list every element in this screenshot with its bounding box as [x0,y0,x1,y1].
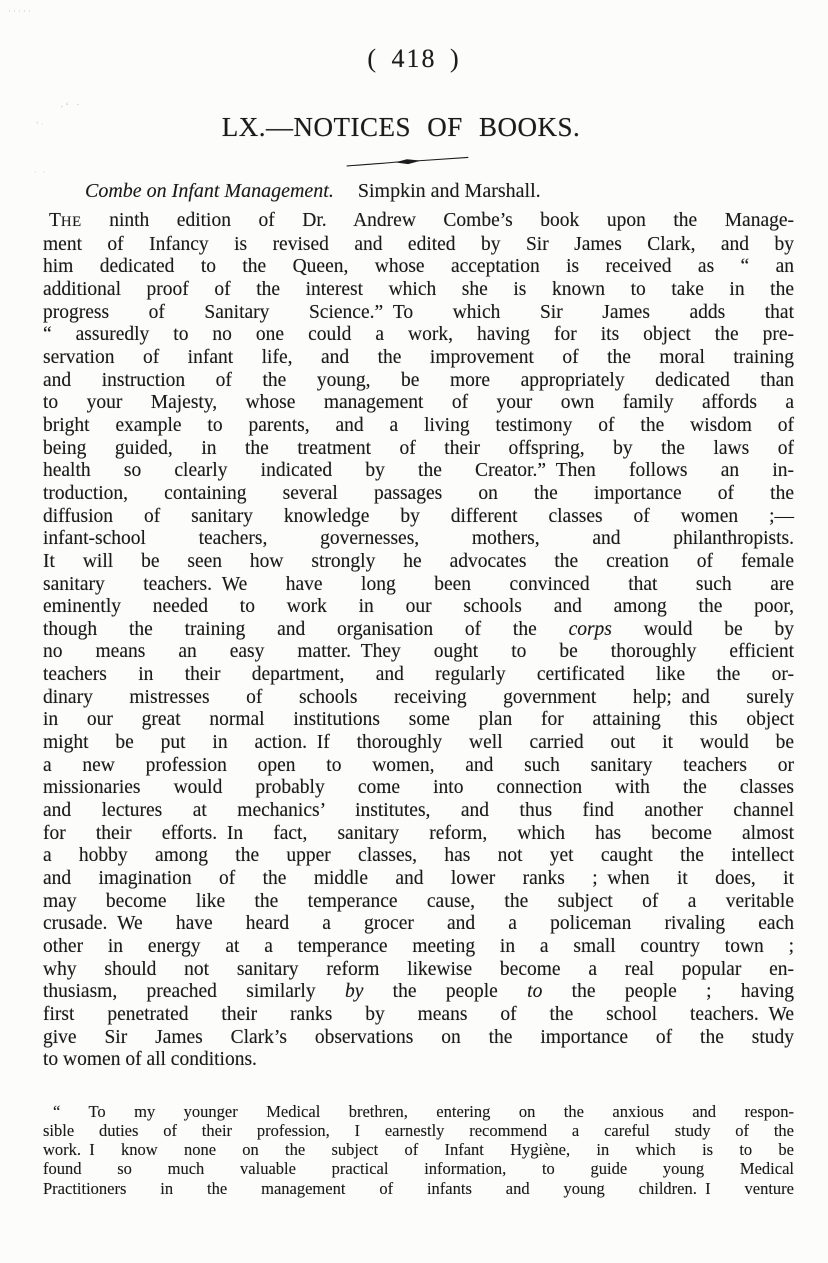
text-line: “ To my younger Medical brethren, enteri… [43,1102,794,1121]
text-line: “ assuredly to no one could a work, havi… [43,324,794,347]
text-line: and instruction of the young, be more ap… [43,370,794,393]
text-line: a new profession open to women, and such… [43,755,794,778]
text-line: eminently needed to work in our schools … [43,596,794,619]
section-heading: LX.—NOTICES OF BOOKS. [0,112,815,143]
text-line: to women of all conditions. [43,1049,794,1072]
text-line: first penetrated their ranks by means of… [43,1004,794,1027]
text-line: diffusion of sanitary knowledge by diffe… [43,506,794,529]
text-line: sanitary teachers. We have long been con… [43,574,794,597]
text-line: sible duties of their profession, I earn… [43,1121,794,1140]
scan-artifact: ····· [8,6,33,16]
text-line: infant-school teachers, governesses, mot… [43,528,794,551]
page-number: ( 418 ) [0,44,828,74]
text-line: THE ninth edition of Dr. Andrew Combe’s … [43,210,794,234]
text-line: ment of Infancy is revised and edited by… [43,234,794,257]
text-line: servation of infant life, and the improv… [43,347,794,370]
text-line: other in energy at a temperance meeting … [43,936,794,959]
clark-quote-paragraph: “ To my younger Medical brethren, enteri… [43,1102,794,1198]
text-line: work. I know none on the subject of Infa… [43,1140,794,1159]
text-line: Practitioners in the management of infan… [43,1179,794,1198]
text-line: health so clearly indicated by the Creat… [43,460,794,483]
text-line: being guided, in the treatment of their … [43,438,794,461]
text-line: It will be seen how strongly he advocate… [43,551,794,574]
text-line: additional proof of the interest which s… [43,279,794,302]
text-line: and imagination of the middle and lower … [43,868,794,891]
scan-artifact: · · [34,168,47,177]
text-line: for their efforts. In fact, sanitary ref… [43,823,794,846]
divider-ornament [345,156,470,168]
text-line: dinary mistresses of schools receiving g… [43,687,794,710]
text-line: in our great normal institutions some pl… [43,709,794,732]
text-line: might be put in action. If thoroughly we… [43,732,794,755]
text-line: crusade. We have heard a grocer and a po… [43,913,794,936]
book-publisher: Simpkin and Marshall. [358,180,541,202]
text-line: and lectures at mechanics’ institutes, a… [43,800,794,823]
text-line: thusiasm, preached similarly by the peop… [43,981,794,1004]
page: ····· ·‘ · ‘· · · ( 418 ) LX.—NOTICES OF… [0,0,828,1263]
text-line: bright example to parents, and a living … [43,415,794,438]
text-line: teachers in their department, and regula… [43,664,794,687]
book-title: Combe on Infant Management. [85,180,334,202]
text-line: though the training and organisation of … [43,619,794,642]
text-line: missionaries would probably come into co… [43,777,794,800]
text-line: troduction, containing several passages … [43,483,794,506]
book-entry: Combe on Infant Management.Simpkin and M… [85,180,541,203]
text-line: him dedicated to the Queen, whose accept… [43,256,794,279]
text-line: progress of Sanitary Science.” To which … [43,302,794,325]
text-line: to your Majesty, whose management of you… [43,392,794,415]
text-line: why should not sanitary reform likewise … [43,959,794,982]
text-line: give Sir James Clark’s observations on t… [43,1027,794,1050]
text-line: found so much valuable practical informa… [43,1159,794,1178]
text-line: a hobby among the upper classes, has not… [43,845,794,868]
text-line: may become like the temperance cause, th… [43,891,794,914]
text-line: no means an easy matter. They ought to b… [43,641,794,664]
review-paragraph: THE ninth edition of Dr. Andrew Combe’s … [43,210,794,1072]
